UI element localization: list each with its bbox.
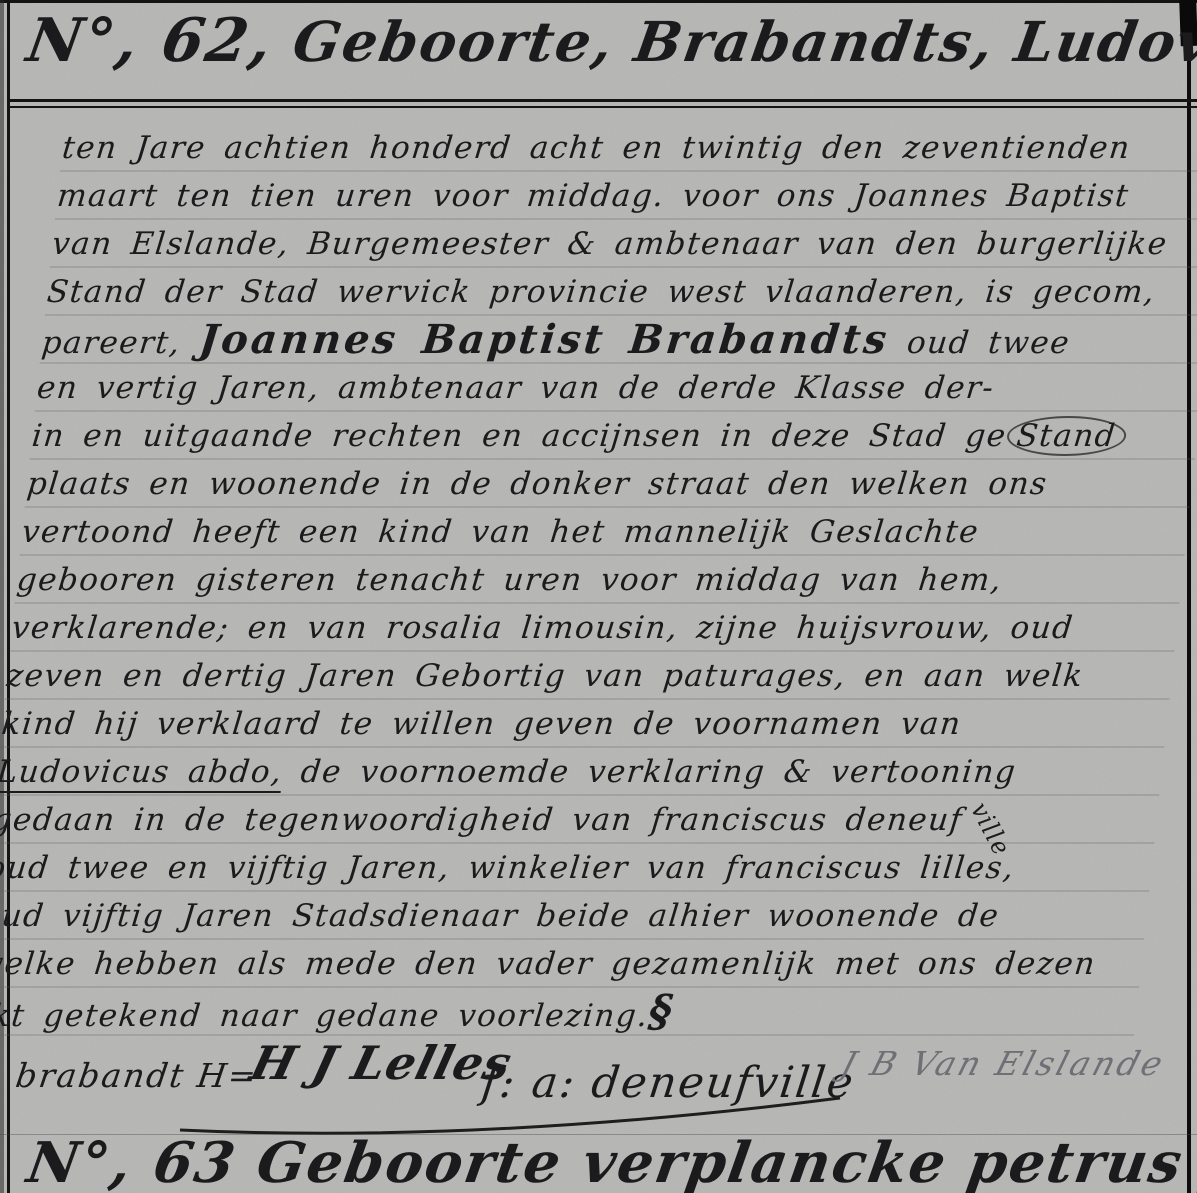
manuscript-body: ten Jare achtien honderd acht en twintig…	[0, 124, 1197, 1054]
next-record-header: N°, 63 Geboorte verplancke petrus franci…	[23, 1130, 1193, 1193]
record-header: N°, 62, Geboorte, Brabandts, Ludovicus A…	[19, 6, 1174, 98]
child-name-underlined: Ludovicus abdo,	[0, 754, 284, 793]
manuscript-line-14-child-name: Ludovicus abdo, de voornoemde verklaring…	[0, 748, 1164, 796]
manuscript-line-5-father-name: pareert, Joannes Baptist Brabandts oud t…	[40, 316, 1197, 364]
signature-officer-van-elslande: J B Van Elslande	[836, 1044, 1170, 1083]
header-divider-bottom	[7, 106, 1197, 108]
record-title: Geboorte, Brabandts, Ludovicus Abdo	[289, 9, 1197, 74]
manuscript-line-8: plaats en woonende in de donker straat d…	[25, 460, 1195, 508]
manuscript-line-2: maart ten tien uren voor middag. voor on…	[55, 172, 1197, 220]
header-divider-top	[7, 99, 1197, 102]
manuscript-line-1: ten Jare achtien honderd acht en twintig…	[60, 124, 1197, 172]
manuscript-line-6: en vertig Jaren, ambtenaar van de derde …	[35, 364, 1197, 412]
paraph-flourish: §	[646, 986, 676, 1037]
manuscript-line-13: kind hij verklaard te willen geven de vo…	[0, 700, 1169, 748]
manuscript-line-19: akt getekend naar gedane voorlezing.§	[0, 988, 1139, 1036]
manuscript-line-11: verklarende; en van rosalia limousin, zi…	[9, 604, 1179, 652]
manuscript-line-12: zeven en dertig Jaren Gebortig van patur…	[4, 652, 1174, 700]
manuscript-line-7: in en uitgaande rechten en accijnsen in …	[30, 412, 1197, 460]
manuscript-line-3: van Elslande, Burgemeester & ambtenaar v…	[50, 220, 1197, 268]
father-name: Joannes Baptist Brabandts	[197, 316, 892, 363]
signature-witness-lelles: H J Lelles	[245, 1036, 517, 1090]
manuscript-line-4: Stand der Stad wervick provincie west vl…	[45, 268, 1197, 316]
manuscript-line-15: gedaan in de tegenwoordigheid van franci…	[0, 796, 1159, 844]
record-number: N°, 62,	[22, 6, 278, 76]
page-top-border	[0, 0, 1197, 3]
circled-word: Stand	[1005, 416, 1129, 456]
scanned-birth-record-page: N°, 62, Geboorte, Brabandts, Ludovicus A…	[0, 0, 1197, 1193]
manuscript-line-18: welke hebben als mede den vader gezamenl…	[0, 940, 1144, 988]
manuscript-line-17: oud vijftig Jaren Stadsdienaar beide alh…	[0, 892, 1149, 940]
manuscript-line-9: vertoond heeft een kind van het mannelij…	[19, 508, 1189, 556]
signature-witness-deneufville: f: a: deneufville	[479, 1058, 858, 1108]
signature-father-brabandt: brabandt H=	[13, 1056, 260, 1095]
manuscript-line-10: gebooren gisteren tenacht uren voor midd…	[14, 556, 1184, 604]
